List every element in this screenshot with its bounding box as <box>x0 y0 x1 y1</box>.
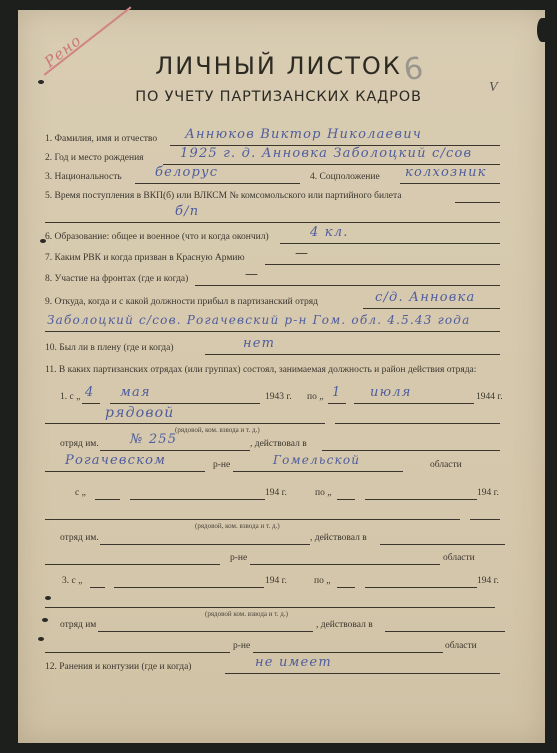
field-value[interactable]: белорус <box>155 165 218 180</box>
field-arrival: 9. Откуда, когда и с какой должности при… <box>45 294 505 310</box>
field-label: 7. Каким РВК и когда призван в Красную А… <box>45 253 245 263</box>
field-value[interactable]: 1925 г. д. Анновка Заболоцкий с/сов <box>180 146 472 161</box>
field-label: 6. Образование: общее и военное (что и к… <box>45 232 269 242</box>
field-education: 6. Образование: общее и военное (что и к… <box>45 229 505 245</box>
field-underline <box>337 587 355 588</box>
oblast-label: области <box>445 641 477 651</box>
field-label: 2. Год и место рождения <box>45 153 144 163</box>
oblast-label: области <box>430 460 462 470</box>
field-underline <box>322 450 500 451</box>
unit-entry-1-otryad: отряд им. № 255 , действовал в <box>60 436 510 452</box>
year-from: 194 г. <box>265 576 287 586</box>
field-underline <box>365 499 477 500</box>
field-label: 8. Участие на фронтах (где и когда) <box>45 274 188 284</box>
field-underline <box>110 403 260 404</box>
unit-entry-3-region: р-не области <box>45 638 505 654</box>
field-underline <box>45 331 500 332</box>
year-to: 194 г. <box>477 576 499 586</box>
unit-entry-3-otryad: отряд им , действовал в <box>60 617 510 633</box>
oblast-label: области <box>443 553 475 563</box>
field-underline <box>130 499 265 500</box>
field-underline <box>365 587 477 588</box>
field-underline <box>253 652 443 653</box>
unit-entry-2-region: р-не области <box>45 550 505 566</box>
day-to[interactable]: 1 <box>332 385 341 400</box>
field-underline <box>100 450 250 451</box>
field-underline <box>363 308 500 309</box>
rne-label: р-не <box>230 553 247 563</box>
dejstvoval-label: , действовал в <box>250 439 307 449</box>
po-label: по „ <box>307 392 323 402</box>
field-underline <box>225 673 500 674</box>
field-label: 5. Время поступления в ВКП(б) или ВЛКСМ … <box>45 191 402 201</box>
unit-entry-1-region: Рогачевском р-не Гомельской области <box>45 457 505 473</box>
field-underline <box>250 564 440 565</box>
month-from[interactable]: мая <box>120 385 151 400</box>
unit-entry-1-position: рядовой (рядовой, ком. взвода и т. д.) <box>45 409 505 425</box>
field-value[interactable]: — <box>245 267 259 282</box>
punch-hole <box>38 80 44 84</box>
field-underline <box>82 403 100 404</box>
field-value[interactable]: Аннюков Виктор Николаевич <box>185 127 422 142</box>
field-underline <box>335 423 500 424</box>
field-underline <box>98 631 313 632</box>
field-underline <box>265 264 500 265</box>
unit-entry-2-dates: с „ 194 г. по „ 194 г. <box>75 485 510 501</box>
otryad-value[interactable]: № 255 <box>130 432 177 447</box>
field-underline <box>45 607 495 608</box>
field-label: 9. Откуда, когда и с какой должности при… <box>45 297 318 307</box>
field-label: 11. В каких партизанских отрядах (или гр… <box>45 365 476 375</box>
field-value[interactable]: — <box>295 246 309 261</box>
field-nationality: 3. Национальность белорус 4. Соцположени… <box>45 169 505 185</box>
field-wounds: 12. Ранения и контузии (где и когда) не … <box>45 659 505 675</box>
field-captivity: 10. Был ли в плену (где и когда) нет <box>45 340 505 356</box>
position-hint: (рядовой, ком. взвода и т. д.) <box>195 522 280 530</box>
field-underline <box>45 519 460 520</box>
po-label: по „ <box>314 576 330 586</box>
field-arrival-line2: Заболоцкий с/сов. Рогачевский р-н Гом. о… <box>45 317 505 333</box>
field-birth: 2. Год и место рождения 1925 г. д. Аннов… <box>45 150 505 166</box>
field-label: 3. Национальность <box>45 172 122 182</box>
field-underline <box>195 285 500 286</box>
field-rvk: 7. Каким РВК и когда призван в Красную А… <box>45 250 505 266</box>
oblast-value[interactable]: Гомельской <box>273 453 360 467</box>
unit-entry-3-position: (рядовой ком. взвода и т. д.) <box>45 593 505 609</box>
field-underline <box>470 519 500 520</box>
field-value[interactable]: колхозник <box>405 165 487 180</box>
field-underline <box>114 587 264 588</box>
rajon-value[interactable]: Рогачевском <box>65 453 166 468</box>
punch-hole <box>38 637 44 641</box>
field-underline <box>90 587 105 588</box>
field-underline <box>45 564 220 565</box>
position-value[interactable]: рядовой <box>105 405 175 421</box>
field-label: 1. Фамилия, имя и отчество <box>45 134 157 144</box>
field-underline <box>280 243 500 244</box>
entry-number: 1. с „ <box>60 392 80 402</box>
po-label: по „ <box>315 488 331 498</box>
field-underline <box>100 544 310 545</box>
field-party-value: б/п <box>45 208 505 224</box>
field-underline <box>233 471 403 472</box>
field-label: 4. Соцположение <box>310 172 380 182</box>
field-fronts: 8. Участие на фронтах (где и когда) — <box>45 271 505 287</box>
unit-entry-1-dates: 1. с „ 4 мая 1943 г. по „ 1 июля 1944 г. <box>60 389 510 405</box>
year-from: 194 г. <box>265 488 287 498</box>
position-hint: (рядовой, ком. взвода и т. д.) <box>175 426 260 434</box>
year-to: 1944 г. <box>476 392 503 402</box>
field-underline <box>455 202 500 203</box>
field-units: 11. В каких партизанских отрядах (или гр… <box>45 364 515 392</box>
field-full-name: 1. Фамилия, имя и отчество Аннюков Викто… <box>45 131 505 147</box>
field-underline <box>354 403 474 404</box>
otryad-label: отряд им. <box>60 439 99 449</box>
field-label: 12. Ранения и контузии (где и когда) <box>45 662 191 672</box>
field-underline <box>328 403 346 404</box>
field-underline <box>205 354 500 355</box>
entry-number: 3. с „ <box>62 576 82 586</box>
field-value[interactable]: 4 кл. <box>310 225 349 240</box>
field-underline <box>385 631 505 632</box>
field-label: 10. Был ли в плену (где и когда) <box>45 343 174 353</box>
field-value[interactable]: с/д. Анновка <box>375 290 475 305</box>
field-value[interactable]: нет <box>243 336 275 351</box>
month-to[interactable]: июля <box>370 385 412 400</box>
unit-entry-3-dates: 3. с „ 194 г. по „ 194 г. <box>62 573 510 589</box>
page-title: ЛИЧНЫЙ ЛИСТОК <box>0 52 557 80</box>
field-underline <box>45 423 325 424</box>
year-from: 1943 г. <box>265 392 292 402</box>
field-underline <box>135 183 300 184</box>
otryad-label: отряд им <box>60 620 96 630</box>
punch-hole <box>42 618 48 622</box>
field-underline <box>45 652 230 653</box>
rne-label: р-не <box>233 641 250 651</box>
field-value[interactable]: не имеет <box>255 655 332 670</box>
year-to: 194 г. <box>477 488 499 498</box>
field-value[interactable]: Заболоцкий с/сов. Рогачевский р-н Гом. о… <box>47 313 470 327</box>
field-underline <box>45 222 500 223</box>
otryad-label: отряд им. <box>60 533 99 543</box>
entry-number: с „ <box>75 488 86 498</box>
rne-label: р-не <box>213 460 230 470</box>
page-subtitle: ПО УЧЕТУ ПАРТИЗАНСКИХ КАДРОВ <box>0 89 557 105</box>
field-underline <box>45 471 205 472</box>
field-underline <box>380 544 505 545</box>
field-party: 5. Время поступления в ВКП(б) или ВЛКСМ … <box>45 188 505 204</box>
field-underline <box>337 499 355 500</box>
field-underline <box>95 499 120 500</box>
day-from[interactable]: 4 <box>85 385 94 400</box>
unit-entry-2-position: (рядовой, ком. взвода и т. д.) <box>45 505 505 521</box>
unit-entry-2-otryad: отряд им. , действовал в <box>60 530 510 546</box>
field-value[interactable]: б/п <box>175 204 199 219</box>
dejstvoval-label: , действовал в <box>316 620 373 630</box>
field-underline <box>400 183 500 184</box>
dejstvoval-label: , действовал в <box>310 533 367 543</box>
